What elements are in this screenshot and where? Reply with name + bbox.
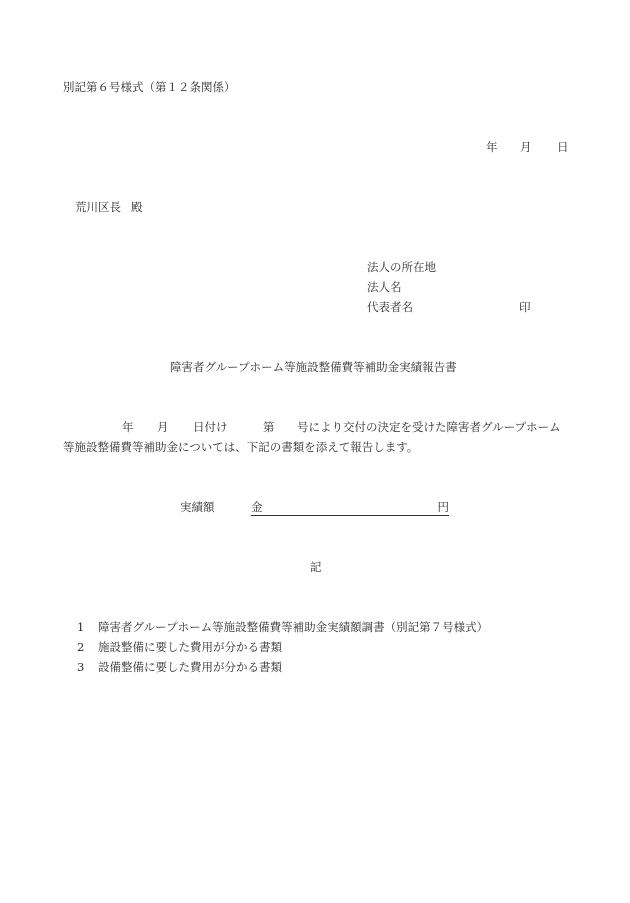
seal-label: 印 — [519, 302, 531, 314]
amount-suffix: 円 — [438, 502, 450, 514]
addressee-honorific: 殿 — [131, 202, 143, 214]
document-title: 障害者グループホーム等施設整備費等補助金実績報告書 — [170, 362, 457, 374]
body-month-label: 月 — [157, 422, 169, 434]
amount-prefix: 金 — [251, 502, 263, 514]
addressee-name: 荒川区長 — [75, 202, 121, 214]
attachment-number: 1 — [77, 622, 84, 634]
date-day-label: 日 — [557, 142, 569, 154]
attachment-number: 2 — [77, 642, 84, 654]
corp-name-label: 法人名 — [367, 282, 402, 294]
body-year-label: 年 — [122, 422, 134, 434]
amount-field[interactable]: 金 円 — [251, 500, 449, 516]
body-number-prefix: 第 — [263, 422, 275, 434]
ki-heading: 記 — [310, 562, 322, 574]
attachment-number: 3 — [77, 662, 84, 674]
body-day-label: 日付け — [193, 422, 228, 434]
attachment-text: 設備整備に要した費用が分かる書類 — [98, 662, 282, 674]
body-line2-text: 等施設整備費等補助金については、下記の書類を添えて報告します。 — [63, 442, 418, 454]
attachment-text: 障害者グループホーム等施設整備費等補助金実績額調書（別記第７号様式） — [98, 622, 488, 634]
date-month-label: 月 — [520, 142, 532, 154]
corp-address-label: 法人の所在地 — [367, 262, 436, 274]
date-year-label: 年 — [486, 142, 498, 154]
body-line1-text: 号により交付の決定を受けた障害者グループホーム — [297, 422, 561, 434]
form-label: 別記第６号様式（第１２条関係） — [63, 82, 236, 94]
attachment-text: 施設整備に要した費用が分かる書類 — [98, 642, 282, 654]
representative-label: 代表者名 — [367, 302, 413, 314]
amount-label: 実績額 — [180, 502, 215, 514]
